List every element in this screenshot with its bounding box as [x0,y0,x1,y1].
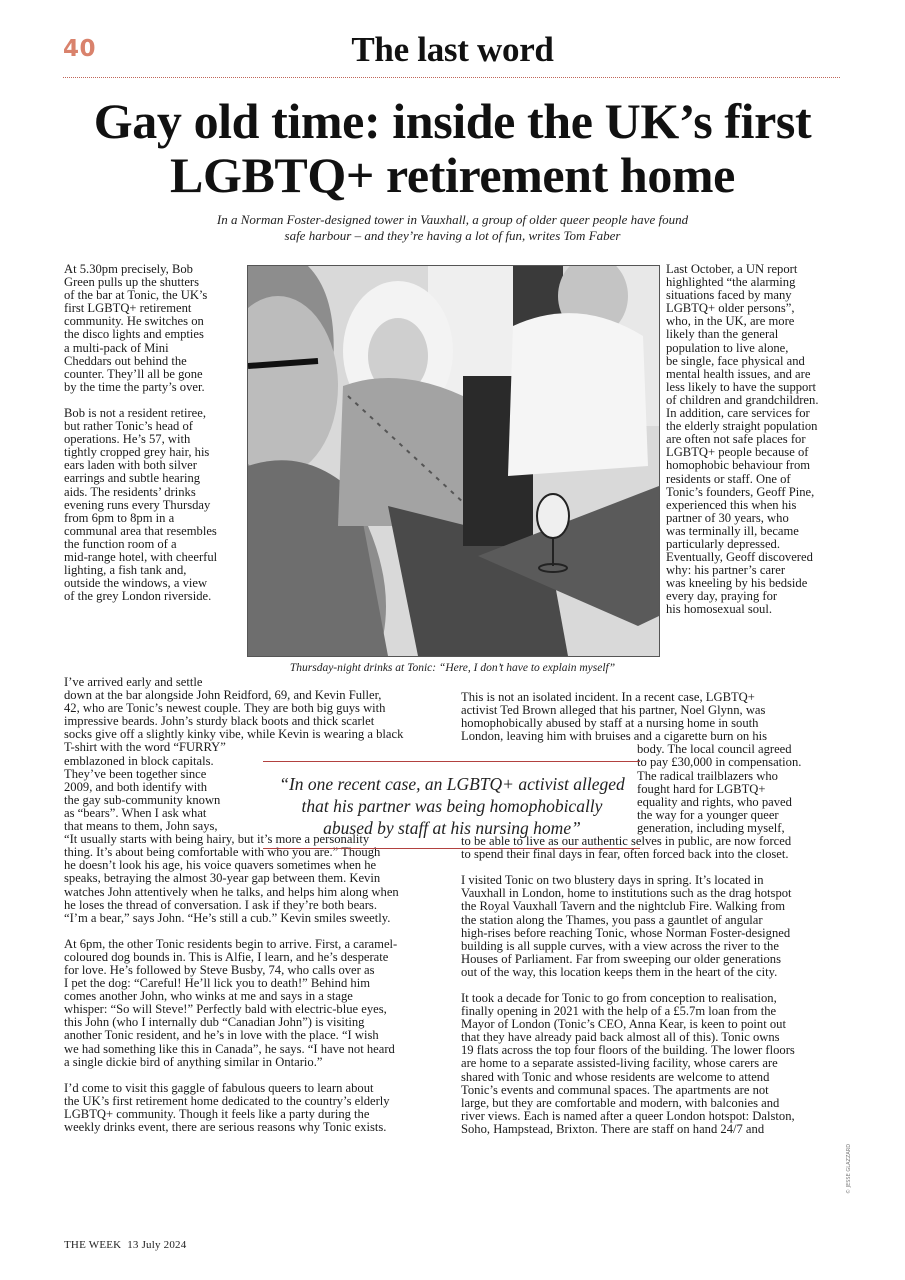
paragraph: It took a decade for Tonic to go from co… [461,992,851,1136]
text-line: the disco lights and empties [64,328,244,341]
text-line: experienced this when his [666,499,851,512]
text-line: a single dickie bird of anything similar… [64,1056,454,1069]
text-line: speaks, betraying the almost 30-year gap… [64,872,454,885]
text-line: counter. They’ll all be gone [64,368,244,381]
text-line: partner of 30 years, who [666,512,851,525]
text-line: Tonic’s events and communal spaces. The … [461,1084,851,1097]
text-line: his homosexual soul. [666,603,851,616]
pull-quote: “In one recent case, an LGBTQ+ activist … [263,773,641,839]
photo-credit-text: © JESSE GLAZZARD [846,1182,852,1194]
right-column-top: Last October, a UN reporthighlighted “th… [666,263,851,617]
paragraph: Last October, a UN reporthighlighted “th… [666,263,851,617]
text-line: of the grey London riverside. [64,590,244,603]
pull-quote-line-2: that his partner was being homophobicall… [263,795,641,817]
left-column-top: At 5.30pm precisely, BobGreen pulls up t… [64,263,244,603]
text-line: shared with Tonic and whose residents ar… [461,1071,851,1084]
left-column-bottom: I’ve arrived early and settledown at the… [64,676,454,1134]
text-line: residents or staff. One of [666,473,851,486]
pull-quote-line-1: “In one recent case, an LGBTQ+ activist … [263,773,641,795]
footer: THE WEEK 13 July 2024 [64,1239,186,1251]
text-line: Soho, Hampstead, Brixton. There are staf… [461,1123,851,1136]
headline-line-2: LGBTQ+ retirement home [40,148,865,202]
standfirst-line-2: safe harbour – and they’re having a lot … [150,228,755,244]
text-line: the Royal Vauxhall Tavern and the nightc… [461,900,851,913]
text-line: river views. Each is named after a queer… [461,1110,851,1123]
text-line: he loses the thread of conversation. I a… [64,899,454,912]
text-line: a multi-pack of Mini [64,342,244,355]
dotted-divider [63,77,840,78]
text-line: out of the way, this location keeps them… [461,966,851,979]
text-line: by the time the party’s over. [64,381,244,394]
text-line: we had something like this in Canada”, h… [64,1043,454,1056]
text-line: watches John attentively when he talks, … [64,886,454,899]
paragraph: At 6pm, the other Tonic residents begin … [64,938,454,1069]
text-line: to spend their final days in fear, often… [461,848,851,861]
text-line: aids. The residents’ drinks [64,486,244,499]
section-title: The last word [0,30,905,70]
text-line: earrings and subtle hearing [64,472,244,485]
text-line: large, but they are comfortable and mode… [461,1097,851,1110]
text-line: building is all supple curves, with a vi… [461,940,851,953]
text-line: the UK’s first retirement home dedicated… [64,1095,454,1108]
text-line: are home to a separate assisted-living f… [461,1057,851,1070]
standfirst: In a Norman Foster-designed tower in Vau… [150,212,755,244]
text-line: evening runs every Thursday [64,499,244,512]
paragraph-part: This is not an isolated incident. In a r… [461,691,851,743]
photo-caption: Thursday-night drinks at Tonic: “Here, I… [247,662,658,674]
text-line: At 6pm, the other Tonic residents begin … [64,938,454,951]
text-line: Houses of Parliament. Far from sweeping … [461,953,851,966]
text-line: coloured dog bounds in. This is Alfie, I… [64,951,454,964]
text-line: high-rises before reaching Tonic, whose … [461,927,851,940]
text-line: likely than the general [666,328,851,341]
paragraph-part: I’ve arrived early and settledown at the… [64,676,454,741]
publication-name: THE WEEK [64,1239,121,1251]
issue-date: 13 July 2024 [127,1239,186,1251]
text-line: Cheddars out behind the [64,355,244,368]
text-line: mental health issues, and are [666,368,851,381]
standfirst-line-1: In a Norman Foster-designed tower in Vau… [150,212,755,228]
text-line: T-shirt with the word “FURRY” [64,741,454,754]
text-line: be single, face physical and [666,355,851,368]
text-line: The radical trailblazers who [637,770,851,783]
paragraph: At 5.30pm precisely, BobGreen pulls up t… [64,263,244,394]
pull-quote-rule-bottom [263,848,640,849]
text-line: another Tonic resident, and he’s in love… [64,1029,454,1042]
article-photo [247,265,660,657]
text-line: communal area that resembles [64,525,244,538]
paragraph: I visited Tonic on two blustery days in … [461,874,851,979]
text-line: I’d come to visit this gaggle of fabulou… [64,1082,454,1095]
photo-credit: © JESSE GLAZZARD [846,1140,858,1200]
text-line: homophobic behaviour from [666,459,851,472]
text-line: the function room of a [64,538,244,551]
text-line: fought hard for LGBTQ+ [637,783,851,796]
text-line: equality and rights, who paved [637,796,851,809]
text-line: Tonic’s founders, Geoff Pine, [666,486,851,499]
paragraph: Bob is not a resident retiree,but rather… [64,407,244,603]
text-line: less likely to have the support [666,381,851,394]
right-column-bottom: This is not an isolated incident. In a r… [461,691,851,1136]
text-line: the way for a younger queer [637,809,851,822]
headline-line-1: Gay old time: inside the UK’s first [40,94,865,148]
text-line: was terminally ill, became [666,525,851,538]
photo-illustration [248,266,659,656]
paragraph: I’d come to visit this gaggle of fabulou… [64,1082,454,1134]
text-line: the station along the Thames, you pass a… [461,914,851,927]
pull-quote-line-3: abused by staff at his nursing home” [263,817,641,839]
text-line: population to live alone, [666,342,851,355]
paragraph-part: “It usually starts with being hairy, but… [64,833,454,925]
headline: Gay old time: inside the UK’s first LGBT… [40,94,865,202]
text-line: weekly drinks event, there are serious r… [64,1121,454,1134]
text-line: “I’m a bear,” says John. “He’s still a c… [64,912,454,925]
text-line: to pay £30,000 in compensation. [637,756,851,769]
text-line: from 6pm to 8pm in a [64,512,244,525]
pull-quote-rule-top [263,761,640,762]
